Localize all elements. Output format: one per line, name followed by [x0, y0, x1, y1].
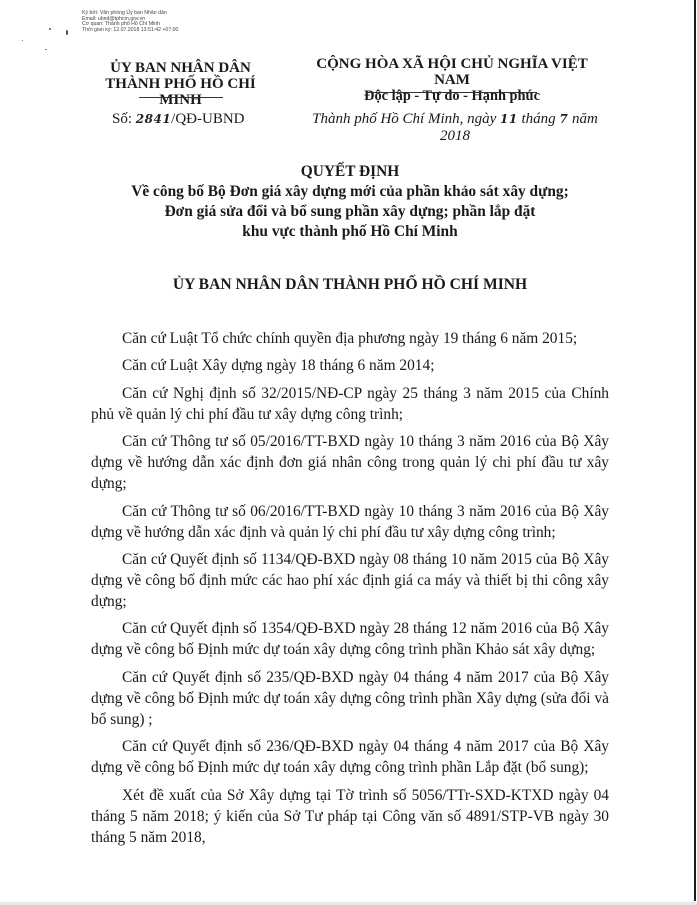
date-day-handwritten: 11	[500, 112, 518, 126]
legal-basis-paragraph: Căn cứ Thông tư số 05/2016/TT-BXD ngày 1…	[91, 431, 609, 494]
issuer-line-1: ỦY BAN NHÂN DÂN	[92, 60, 269, 76]
document-page: Ký bởi: Văn phòng Ủy ban Nhân dân Email:…	[0, 0, 697, 905]
scan-speck	[22, 40, 23, 41]
title-line: khu vực thành phố Hồ Chí Minh	[90, 222, 610, 242]
legal-basis-paragraph: Căn cứ Quyết định số 1134/QĐ-BXD ngày 08…	[91, 549, 609, 612]
legal-basis-paragraph: Căn cứ Nghị định số 32/2015/NĐ-CP ngày 2…	[91, 383, 609, 425]
document-number-suffix: /QĐ-UBND	[171, 111, 244, 127]
issuer-header: ỦY BAN NHÂN DÂN THÀNH PHỐ HỒ CHÍ MINH	[92, 60, 269, 108]
legal-basis-paragraph: Căn cứ Thông tư số 06/2016/TT-BXD ngày 1…	[91, 501, 609, 543]
document-number: Số: 2841/QĐ-UBND	[112, 111, 245, 128]
scan-speck	[49, 28, 51, 30]
date-month-handwritten: 7	[559, 112, 568, 126]
national-motto: Độc lập - Tự do - Hạnh phúc	[300, 88, 604, 104]
stamp-time: Thời gian ký: 12.07.2018 13:51:42 +07:00	[82, 28, 178, 34]
decision-title: QUYẾT ĐỊNH Về công bố Bộ Đơn giá xây dựn…	[90, 162, 610, 242]
legal-basis-paragraph: Căn cứ Quyết định số 235/QĐ-BXD ngày 04 …	[91, 667, 609, 730]
scan-speck	[45, 49, 47, 50]
legal-basis-paragraph: Căn cứ Luật Xây dựng ngày 18 tháng 6 năm…	[91, 355, 609, 376]
issuer-line-2: THÀNH PHỐ HỒ CHÍ MINH	[92, 76, 269, 108]
page-border-right	[694, 0, 696, 901]
motto-underline	[367, 92, 537, 93]
issue-date: Thành phố Hồ Chí Minh, ngày 11 tháng 7 n…	[300, 111, 610, 145]
document-number-label: Số:	[112, 111, 132, 127]
document-number-handwritten: 2841	[136, 112, 171, 126]
title-line: Đơn giá sửa đổi và bổ sung phần xây dựng…	[90, 202, 610, 222]
scan-speck	[66, 30, 68, 35]
legal-basis-paragraph: Căn cứ Luật Tổ chức chính quyền địa phươ…	[91, 328, 609, 349]
issuing-authority: ỦY BAN NHÂN DÂN THÀNH PHỐ HỒ CHÍ MINH	[90, 276, 610, 294]
national-header: CỘNG HÒA XÃ HỘI CHỦ NGHĨA VIỆT NAM Độc l…	[300, 56, 604, 104]
legal-basis-paragraph: Căn cứ Quyết định số 236/QĐ-BXD ngày 04 …	[91, 736, 609, 778]
date-month-label: tháng	[522, 111, 556, 127]
nation-name: CỘNG HÒA XÃ HỘI CHỦ NGHĨA VIỆT NAM	[300, 56, 604, 88]
issuer-underline	[139, 97, 223, 98]
digital-signature-stamp: Ký bởi: Văn phòng Ủy ban Nhân dân Email:…	[82, 11, 178, 33]
legal-basis-paragraph: Căn cứ Quyết định số 1354/QĐ-BXD ngày 28…	[91, 618, 609, 660]
decision-type: QUYẾT ĐỊNH	[90, 162, 610, 182]
proposal-paragraph: Xét đề xuất của Sở Xây dựng tại Tờ trình…	[91, 785, 609, 848]
title-line: Về công bố Bộ Đơn giá xây dựng mới của p…	[90, 182, 610, 202]
date-prefix: Thành phố Hồ Chí Minh, ngày	[312, 111, 496, 127]
legal-basis: Căn cứ Luật Tổ chức chính quyền địa phươ…	[91, 328, 609, 854]
